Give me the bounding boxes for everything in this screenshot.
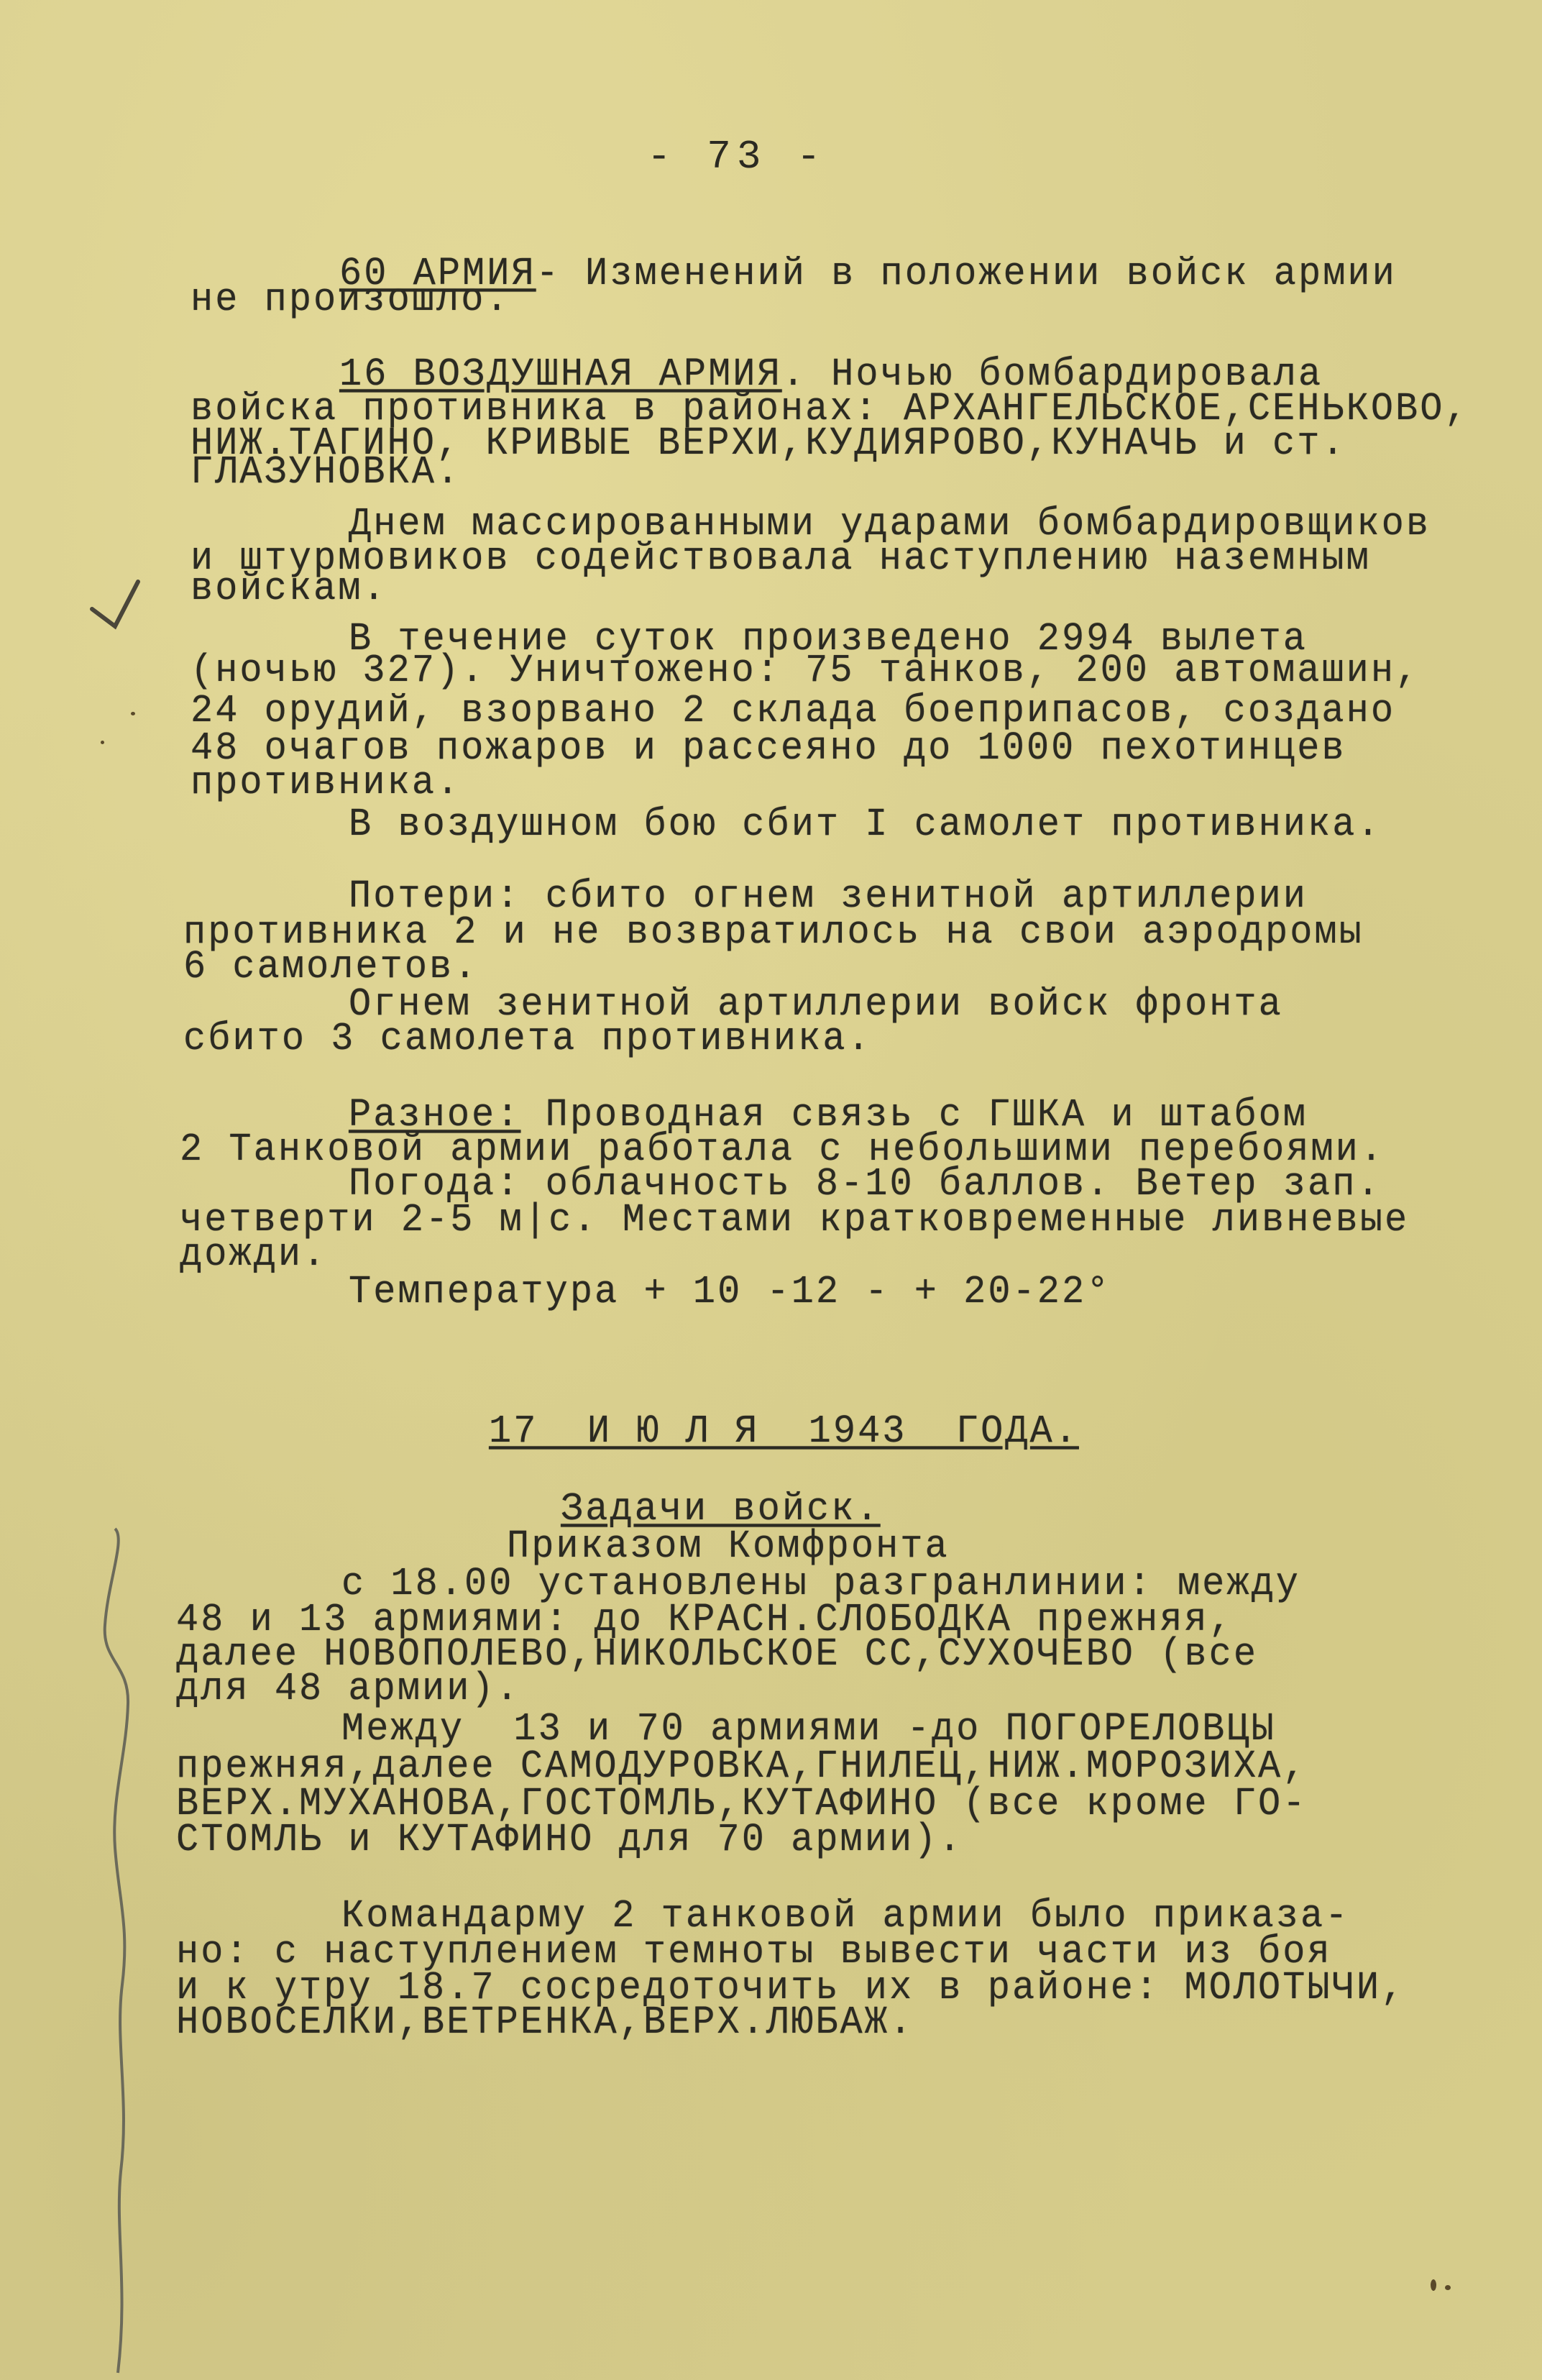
checkmark-icon bbox=[86, 579, 151, 644]
air16-line-4: ГЛАЗУНОВКА. bbox=[191, 452, 461, 494]
army60-line-2: не произошло. bbox=[191, 279, 510, 321]
weather-line-2: четверти 2-5 м|с. Местами кратковременны… bbox=[180, 1199, 1409, 1242]
sorties-line-5: противника. bbox=[191, 762, 461, 805]
boundary-line-4: СТОМЛЬ и КУТАФИНО для 70 армии). bbox=[176, 1819, 963, 1862]
document-page: - 73 - 60 АРМИЯ- Изменений в положении в… bbox=[0, 0, 1542, 2380]
paper-speck bbox=[1431, 2279, 1436, 2291]
date-heading: 17 И Ю Л Я 1943 ГОДА. bbox=[489, 1411, 1079, 1453]
weather-line-3: дожди. bbox=[180, 1234, 327, 1276]
page-number: - 73 - bbox=[647, 134, 827, 180]
tasks-line-4: для 48 армии). bbox=[176, 1668, 520, 1711]
sorties-line-2: (ночью 327). Уничтожено: 75 танков, 200 … bbox=[191, 650, 1420, 692]
margin-bracket-icon bbox=[86, 1524, 144, 2380]
order-line-4: НОВОСЕЛКИ,ВЕТРЕНКА,ВЕРХ.ЛЮБАЖ. bbox=[176, 2002, 914, 2044]
paper-speck bbox=[131, 712, 135, 715]
paper-speck bbox=[101, 741, 104, 744]
aa-line-2: сбито 3 самолета противника. bbox=[183, 1018, 872, 1061]
army60-text: - Изменений в положении войск армии bbox=[536, 252, 1397, 296]
temperature-line: Температура + 10 -12 - + 20-22° bbox=[349, 1271, 1111, 1314]
air-combat-line: В воздушном бою сбит I самолет противник… bbox=[349, 804, 1382, 846]
day-line-3: войскам. bbox=[191, 568, 387, 610]
paper-speck bbox=[1445, 2285, 1451, 2290]
